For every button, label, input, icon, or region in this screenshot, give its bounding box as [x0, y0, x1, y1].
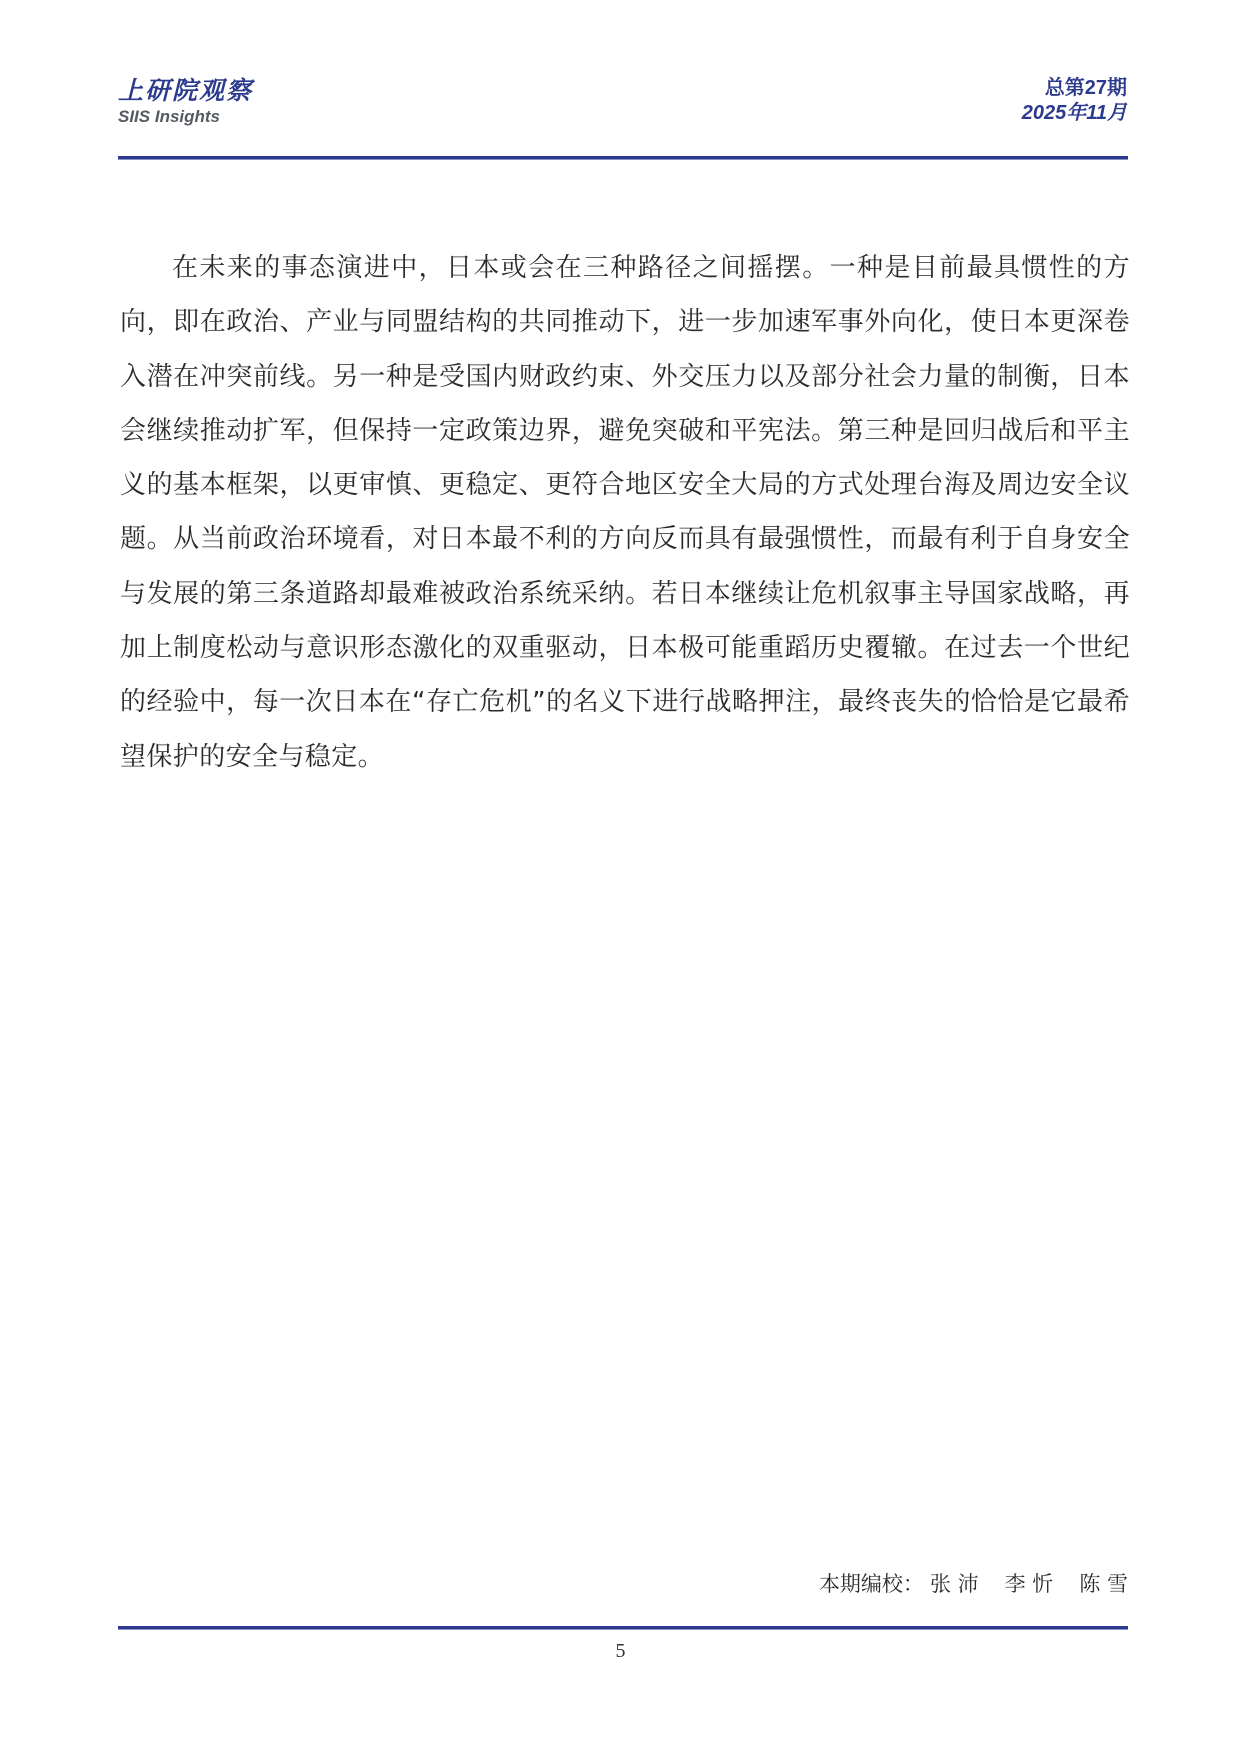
issue-date: 2025年11月: [1022, 101, 1127, 126]
brand-english-title: SIIS Insights: [118, 106, 253, 128]
editor-name: 张 沛: [930, 1572, 979, 1596]
issue-number: 总第27期: [1022, 76, 1127, 101]
page-number: 5: [0, 1640, 1241, 1663]
header-divider: [118, 156, 1128, 159]
brand-block: 上研院观察 SIIS Insights: [118, 76, 253, 128]
body-paragraph: 在未来的事态演进中，日本或会在三种路径之间摇摆。一种是目前最具惯性的方向，即在政…: [120, 241, 1130, 784]
brand-chinese-title: 上研院观察: [118, 76, 253, 106]
editors-credit: 本期编校：张 沛李 忻陈 雪: [819, 1568, 1128, 1598]
issue-info: 总第27期 2025年11月: [1022, 76, 1127, 126]
editor-name: 李 忻: [1005, 1572, 1054, 1596]
editor-name: 陈 雪: [1079, 1572, 1128, 1596]
footer-divider: [118, 1626, 1128, 1629]
editors-label: 本期编校：: [819, 1572, 924, 1596]
